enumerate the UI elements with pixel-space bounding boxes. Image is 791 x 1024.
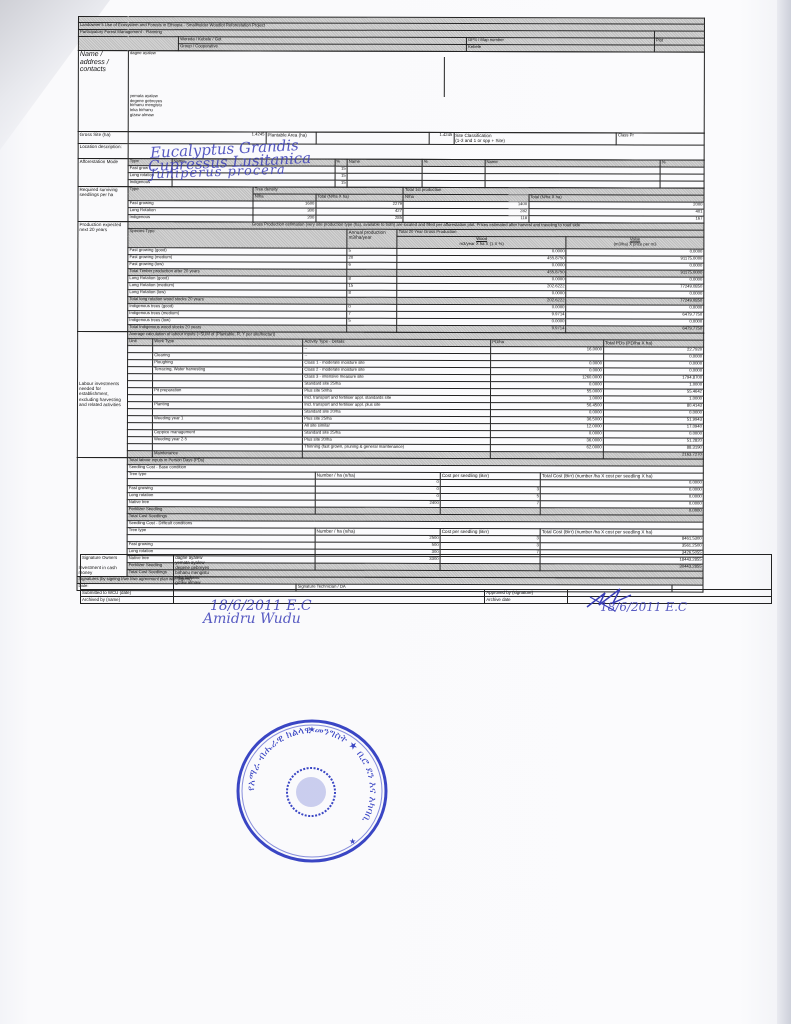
signature-block: Signature Owners dagne ayalewyemata ayal… (80, 554, 772, 604)
svg-text:★: ★ (349, 837, 356, 846)
approval-signature-icon (585, 585, 635, 615)
header-table: Landowner's Use of Ecosystem and Forests… (78, 16, 705, 53)
scanned-page: Landowner's Use of Ecosystem and Forests… (0, 0, 791, 1024)
contacts-label: Name / address / contacts (78, 51, 128, 132)
contacts-table: Name / address / contacts dagne ayalew y… (78, 50, 705, 134)
official-stamp-icon: የአማራ ብሔራዊ ክልላዊ መንግስት ★ ቢሮ ደን እና አካባቢ ★ ★ (233, 716, 391, 866)
form-sheet: Landowner's Use of Ecosystem and Forests… (76, 16, 705, 592)
production-table: Production expected next 20 years Gross … (77, 221, 704, 334)
svg-text:★: ★ (308, 725, 315, 734)
owner-signatures: dagne ayalewyemata ayalewdegene gebreyes… (174, 555, 772, 590)
submitted-date-field[interactable] (174, 590, 485, 597)
seedlings-table: Required surviving seedlings per ha Type… (77, 186, 704, 224)
labour-table: Labour investments needed for establishm… (77, 331, 704, 460)
handwritten-archived-name: Amidru Wudu (203, 611, 301, 627)
contacts-list: dagne ayalew yemata ayalew degene gebrey… (128, 51, 704, 134)
svg-text:የአማራ ብሔራዊ ክልላዊ መንግስት ★ ቢሮ ደን እ: የአማራ ብሔራዊ ክልላዊ መንግስት ★ ቢሮ ደን እና አካባቢ (246, 725, 378, 824)
page-edge (777, 0, 791, 1024)
